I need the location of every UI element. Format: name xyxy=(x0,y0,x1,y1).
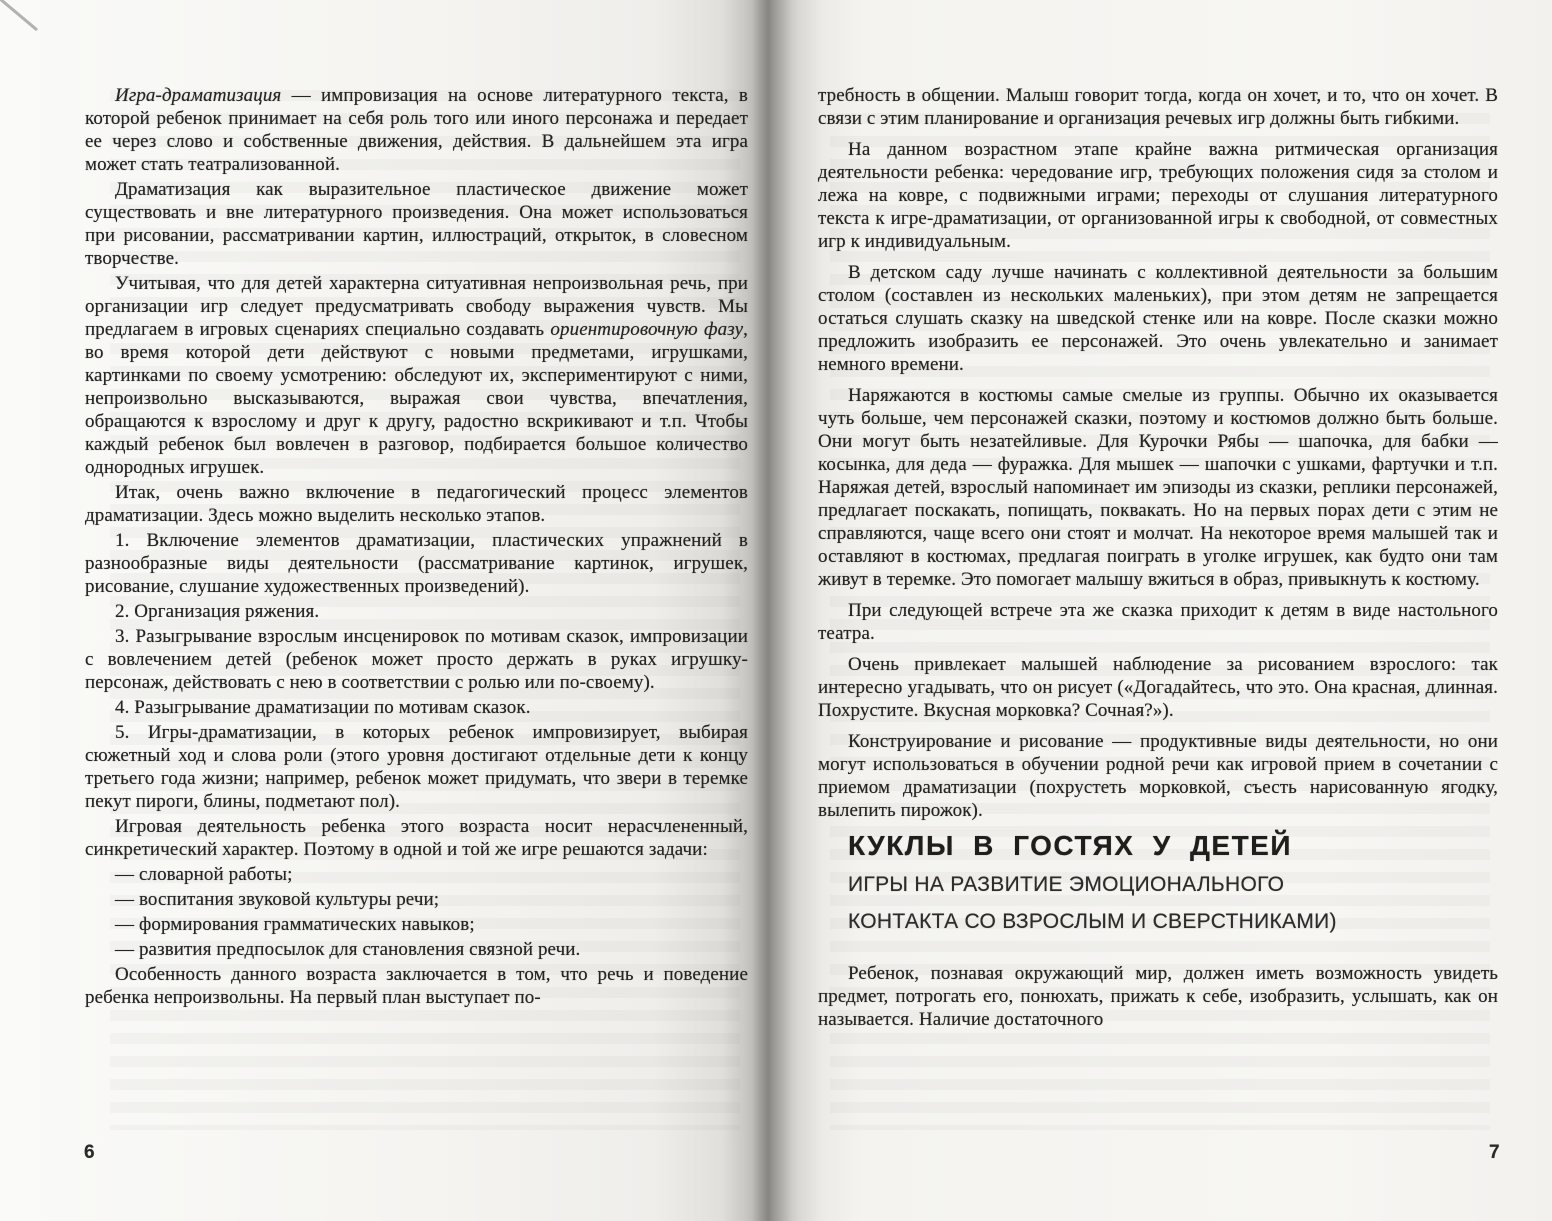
text-run: 5. Игры-драматизации, в которых ребенок … xyxy=(85,722,748,812)
text-run: — развития предпосылок для становления с… xyxy=(115,939,580,960)
paragraph: — формирования грамматических навыков; xyxy=(85,913,748,936)
text-run: На данном возрастном этапе крайне важна … xyxy=(818,139,1498,252)
paragraph: 4. Разыгрывание драматизации по мотивам … xyxy=(85,696,748,719)
italic-text-run: Игра-драматизация xyxy=(115,85,281,106)
right-page-body: требность в общении. Малыш говорит тогда… xyxy=(818,84,1498,822)
text-run: Итак, очень важно включение в педагогиче… xyxy=(85,482,748,526)
text-run: , во время которой дети действуют с новы… xyxy=(85,319,748,478)
text-run: — формирования грамматических навыков; xyxy=(115,914,475,935)
text-run: Конструирование и рисование — продуктивн… xyxy=(818,731,1498,821)
text-run: 3. Разыгрывание взрослым инсценировок по… xyxy=(85,626,748,693)
left-page-number: 6 xyxy=(84,1142,95,1164)
paragraph: Игра-драматизация — импровизация на осно… xyxy=(85,84,748,176)
text-run: В детском саду лучше начинать с коллекти… xyxy=(818,262,1498,375)
text-run: Игровая деятельность ребенка этого возра… xyxy=(85,816,748,860)
paragraph: При следующей встрече эта же сказка прих… xyxy=(818,599,1498,645)
paragraph: Конструирование и рисование — продуктивн… xyxy=(818,730,1498,822)
text-run: — словарной работы; xyxy=(115,864,293,885)
section-subheading-line2: КОНТАКТА СО ВЗРОСЛЫМ И СВЕРСТНИКАМИ) xyxy=(818,907,1498,936)
paragraph: — воспитания звуковой культуры речи; xyxy=(85,888,748,911)
paragraph: Драматизация как выразительное пластичес… xyxy=(85,178,748,270)
text-run: При следующей встрече эта же сказка прих… xyxy=(818,600,1498,644)
text-run: Очень привлекает малышей наблюдение за р… xyxy=(818,654,1498,721)
paragraph: — развития предпосылок для становления с… xyxy=(85,938,748,961)
book-scan: Игра-драматизация — импровизация на осно… xyxy=(0,0,1552,1221)
text-run: 2. Организация ряжения. xyxy=(115,601,319,622)
paragraph: Ребенок, познавая окружающий мир, должен… xyxy=(818,962,1498,1031)
text-run: Особенность данного возраста заключается… xyxy=(85,964,748,1008)
right-page-body-after-heading: Ребенок, познавая окружающий мир, должен… xyxy=(818,962,1498,1031)
paragraph: В детском саду лучше начинать с коллекти… xyxy=(818,261,1498,376)
text-run: 4. Разыгрывание драматизации по мотивам … xyxy=(115,697,531,718)
paragraph: 5. Игры-драматизации, в которых ребенок … xyxy=(85,721,748,813)
paragraph: 1. Включение элементов драматизации, пла… xyxy=(85,529,748,598)
section-heading: КУКЛЫ В ГОСТЯХ У ДЕТЕЙ xyxy=(818,830,1498,862)
text-run: Ребенок, познавая окружающий мир, должен… xyxy=(818,963,1498,1030)
paragraph: На данном возрастном этапе крайне важна … xyxy=(818,138,1498,253)
right-page-text: требность в общении. Малыш говорит тогда… xyxy=(818,84,1498,1039)
text-run: Драматизация как выразительное пластичес… xyxy=(85,179,748,269)
paragraph: требность в общении. Малыш говорит тогда… xyxy=(818,84,1498,130)
text-run: Наряжаются в костюмы самые смелые из гру… xyxy=(818,385,1498,590)
paragraph: — словарной работы; xyxy=(85,863,748,886)
paragraph: 3. Разыгрывание взрослым инсценировок по… xyxy=(85,625,748,694)
paragraph: Учитывая, что для детей характерна ситуа… xyxy=(85,272,748,479)
paragraph: 2. Организация ряжения. xyxy=(85,600,748,623)
section-subheading-line1: ИГРЫ НА РАЗВИТИЕ ЭМОЦИОНАЛЬНОГО xyxy=(818,870,1498,899)
paragraph: Особенность данного возраста заключается… xyxy=(85,963,748,1009)
paragraph: Наряжаются в костюмы самые смелые из гру… xyxy=(818,384,1498,591)
paragraph: Очень привлекает малышей наблюдение за р… xyxy=(818,653,1498,722)
right-page-number: 7 xyxy=(1489,1142,1500,1164)
text-run: требность в общении. Малыш говорит тогда… xyxy=(818,85,1498,129)
italic-text-run: ориентировочную фазу xyxy=(550,319,743,340)
paragraph: Итак, очень важно включение в педагогиче… xyxy=(85,481,748,527)
text-run: — воспитания звуковой культуры речи; xyxy=(115,889,439,910)
left-page-text: Игра-драматизация — импровизация на осно… xyxy=(85,84,748,1011)
text-run: 1. Включение элементов драматизации, пла… xyxy=(85,530,748,597)
paragraph: Игровая деятельность ребенка этого возра… xyxy=(85,815,748,861)
